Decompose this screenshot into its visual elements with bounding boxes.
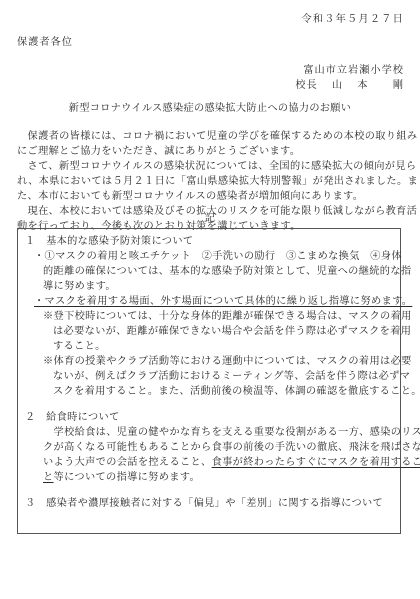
- section-2-text: いよう大声での会話を控えること、: [43, 457, 212, 468]
- section-1-note-line: スクを着用すること。また、活動前後の検温等、体調の確認を徹底すること。: [53, 384, 420, 399]
- section-1-note-line: ないが、例えばクラブ活動におけるミーティング等、会話を伴う際は必ずマ: [53, 369, 410, 384]
- section-2-line: いよう大声での会話を控えること、食事が終わったらすぐにマスクを着用するこ: [43, 455, 420, 470]
- addressee: 保護者各位: [17, 35, 73, 50]
- section-1-heading: １ 基本的な感染予防対策について: [25, 234, 193, 249]
- section-2-text: 等についての指導に努めます。: [54, 472, 201, 483]
- principal-name-part: 剛: [393, 80, 404, 91]
- section-1-note-line: すること。: [53, 339, 106, 354]
- document-title: 新型コロナウイルス感染症の感染拡大防止への協力のお願い: [0, 101, 420, 116]
- principal-signature: 校長 山 本 剛: [295, 78, 404, 93]
- intro-line: さて、新型コロナウイルスの感染状況については、全国的に感染拡大の傾向が見ら: [17, 159, 407, 174]
- section-1-bullet-line: 的距離の確保については、基本的な感染予防対策として、児童への継続的な指: [43, 264, 411, 279]
- section-1-bullet-line: 導に努めます。: [43, 279, 116, 294]
- section-2-underlined-text: と: [43, 472, 54, 483]
- intro-line: 保護者の皆様には、コロナ禍において児童の学びを確保するための本校の取り組み: [17, 129, 407, 144]
- principal-title: 校長: [295, 80, 317, 91]
- intro-line: にご理解とご協力をいただき、誠にありがとうございます。: [17, 144, 407, 159]
- intro-line: れ、本県においては５月２１日に「富山県感染拡大特別警報」が発出されました。ま: [17, 174, 407, 189]
- document-date: 令和３年５月２７日: [302, 12, 405, 27]
- section-1-note-line: ※登下校時については、十分な身体的距離が確保できる場合は、マスクの着用: [43, 309, 412, 324]
- section-1-bullet-line: ・①マスクの着用と咳エチケット ②手洗いの励行 ③こまめな換気 ④身体: [34, 249, 402, 264]
- intro-line: た、本市においても新型コロナウイルスの感染者が増加傾向にあります。: [17, 189, 407, 204]
- measures-box: １ 基本的な感染予防対策について ・①マスクの着用と咳エチケット ②手洗いの励行…: [17, 228, 401, 534]
- school-name: 富山市立岩瀬小学校: [303, 63, 404, 78]
- principal-name-part: 本: [357, 80, 368, 91]
- section-2-underlined-text: 食事が終わったらすぐにマスクを着用するこ: [212, 457, 420, 468]
- section-1-mask-bullet: ・マスクを着用する場面、外す場面について具体的に繰り返し指導に努めます。: [34, 294, 412, 309]
- section-2-line: 学校給食は、児童の健やかな育ちを支える重要な役割がある一方、感染のリス: [43, 425, 420, 440]
- section-2-line: と等についての指導に努めます。: [43, 470, 200, 485]
- section-2-heading: ２ 給食時について: [25, 410, 120, 425]
- ki-heading: 記: [0, 211, 420, 226]
- section-1-note-line: ※体育の授業やクラブ活動等における運動中については、マスクの着用は必要: [43, 354, 412, 369]
- section-3-heading: ３ 感染者や濃厚接触者に対する「偏見」や「差別」に関する指導について: [25, 496, 383, 511]
- principal-name-part: 山: [332, 80, 343, 91]
- section-1-note-line: は必要ないが、距離が確保できない場合や会話を伴う際は必ずマスクを着用: [53, 324, 411, 339]
- section-2-line: クが高くなる可能性もあることから食事の前後の手洗いの徹底、飛沫を飛ばさな: [43, 440, 420, 455]
